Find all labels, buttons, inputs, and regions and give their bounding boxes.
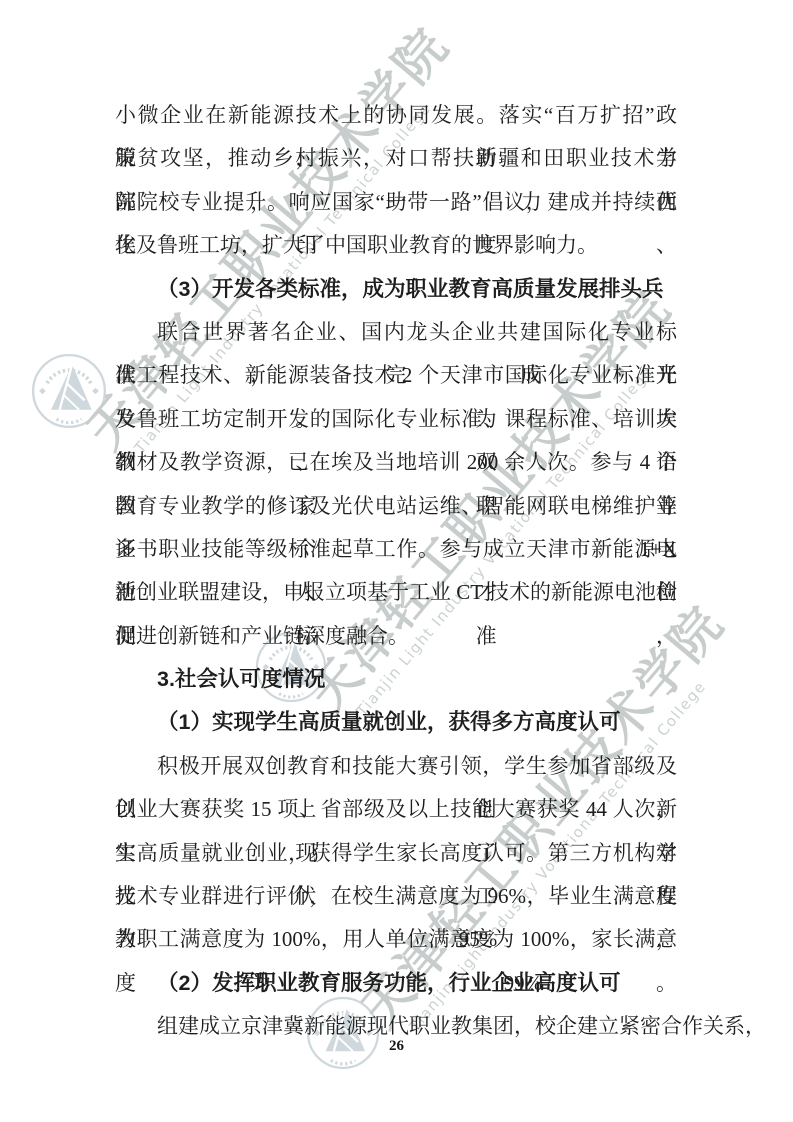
text-line: 技术专业群进行评价，在校生满意度为 96%，毕业生满意度为 95%， — [115, 875, 677, 918]
text-line: 新创业联盟建设，申报立项基于工业 CT 技术的新能源电池检测标准， — [115, 571, 677, 614]
school-emblem-icon — [30, 352, 108, 430]
section-heading: （2）发挥职业教育服务功能，行业企业高度认可 — [115, 962, 677, 1005]
section-heading: 3.社会认可度情况 — [115, 658, 677, 701]
document-body: 小微企业在新能源技术上的协同发展。落实“百万扩招”政策，助力 脱贫攻坚，推动乡村… — [115, 94, 677, 1049]
text-line: 教职工满意度为 100%，用人单位满意度为 100%，家长满意度为 99%。 — [115, 918, 677, 961]
section-heading: （3）开发各类标准，成为职业教育高质量发展排头兵 — [115, 268, 677, 311]
text-line: 伏工程技术、新能源装备技术 2 个天津市国际化专业标准开发。为埃 — [115, 354, 677, 397]
text-line: 生高质量就业创业，获得学生家长高度认可。第三方机构对光伏工程 — [115, 832, 677, 875]
text-line: 埃及鲁班工坊，扩大了中国职业教育的世界影响力。 — [115, 224, 677, 267]
text-line: 及鲁班工坊定制开发的国际化专业标准、课程标准、培训大纲、双语 — [115, 398, 677, 441]
text-line: 创业大赛获奖 15 项、省部级及以上技能大赛获奖 44 人次，实现了学 — [115, 788, 677, 831]
text-line: 教育专业教学的修订及光伏电站运维、智能网联电梯维护等多个 1+X — [115, 485, 677, 528]
text-line: 部院校专业提升。响应国家“一带一路”倡议，建成并持续优化印度、 — [115, 181, 677, 224]
text-line: 证书职业技能等级标准起草工作。参与成立天津市新能源电池人才创 — [115, 528, 677, 571]
page-number: 26 — [0, 1038, 793, 1055]
section-heading: （1）实现学生高质量就创业，获得多方高度认可 — [115, 701, 677, 744]
text-line: 联合世界著名企业、国内龙头企业共建国际化专业标准，完成光 — [115, 311, 677, 354]
text-line: 教材及教学资源，已在埃及当地培训 200 余人次。参与 4 个国家职业 — [115, 441, 677, 484]
text-line: 脱贫攻坚，推动乡村振兴，对口帮扶新疆和田职业技术学院，助力西 — [115, 137, 677, 180]
text-line: 小微企业在新能源技术上的协同发展。落实“百万扩招”政策，助力 — [115, 94, 677, 137]
text-line: 积极开展双创教育和技能大赛引领，学生参加省部级及以上创新 — [115, 745, 677, 788]
document-page: 天津轻工职业技术学院 Tianjin Light Industry Vocati… — [0, 0, 793, 1122]
